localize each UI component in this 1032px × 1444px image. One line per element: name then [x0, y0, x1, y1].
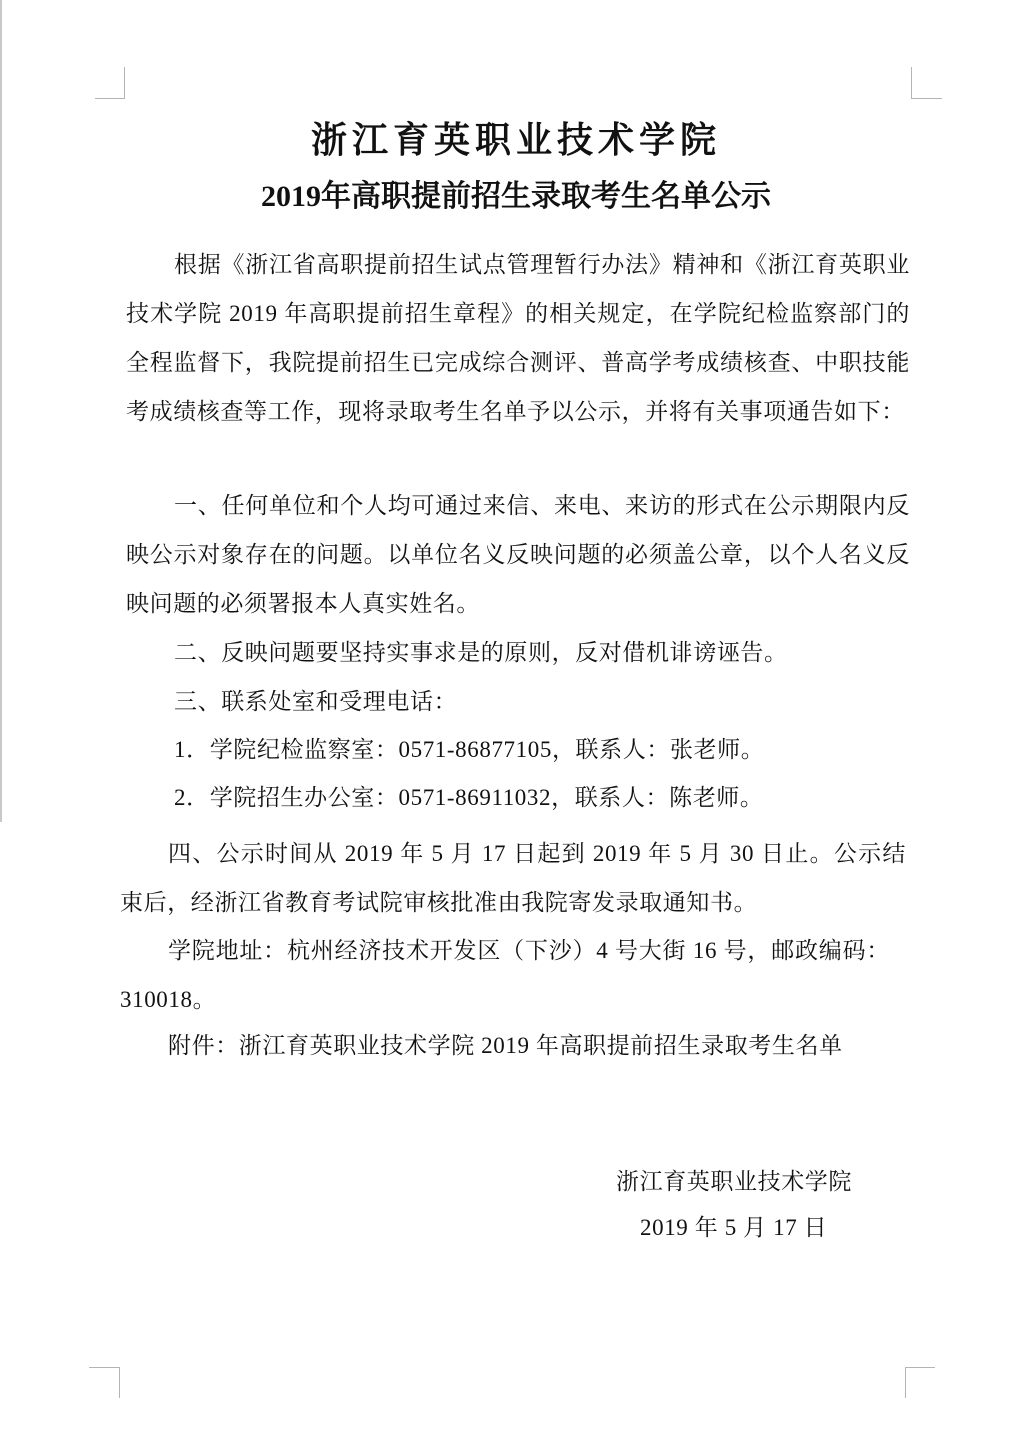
contact-line-1: 1．学院纪检监察室：0571-86877105，联系人：张老师。: [174, 725, 764, 774]
intro-paragraph: 根据《浙江省高职提前招生试点管理暂行办法》精神和《浙江育英职业技术学院 2019…: [126, 240, 910, 436]
corner-mark-bottom-right: [905, 1367, 935, 1368]
corner-mark-top-left: [95, 98, 125, 99]
corner-mark-top-right: [911, 67, 912, 99]
corner-mark-bottom-left: [119, 1367, 120, 1398]
corner-mark-top-right: [911, 98, 942, 99]
item-2-paragraph: 二、反映问题要坚持实事求是的原则，反对借机诽谤诬告。: [174, 628, 788, 677]
item-3-heading: 三、联系处室和受理电话：: [174, 677, 457, 726]
document-title: 浙江育英职业技术学院: [0, 114, 1032, 166]
signature-date: 2019 年 5 月 17 日: [640, 1203, 827, 1252]
item-4-paragraph: 四、公示时间从 2019 年 5 月 17 日起到 2019 年 5 月 30 …: [120, 829, 906, 927]
document-subtitle: 2019年高职提前招生录取考生名单公示: [0, 175, 1032, 219]
corner-mark-bottom-left: [89, 1367, 119, 1368]
signature-org: 浙江育英职业技术学院: [616, 1157, 852, 1206]
corner-mark-bottom-right: [905, 1367, 906, 1398]
contact-line-2: 2．学院招生办公室：0571-86911032，联系人：陈老师。: [174, 773, 764, 822]
corner-mark-top-left: [124, 67, 125, 99]
address-paragraph: 学院地址：杭州经济技术开发区（下沙）4 号大街 16 号，邮政编码：310018…: [120, 926, 890, 1024]
attachment-line: 附件：浙江育英职业技术学院 2019 年高职提前招生录取考生名单: [168, 1021, 843, 1070]
item-1-paragraph: 一、任何单位和个人均可通过来信、来电、来访的形式在公示期限内反映公示对象存在的问…: [126, 481, 910, 628]
